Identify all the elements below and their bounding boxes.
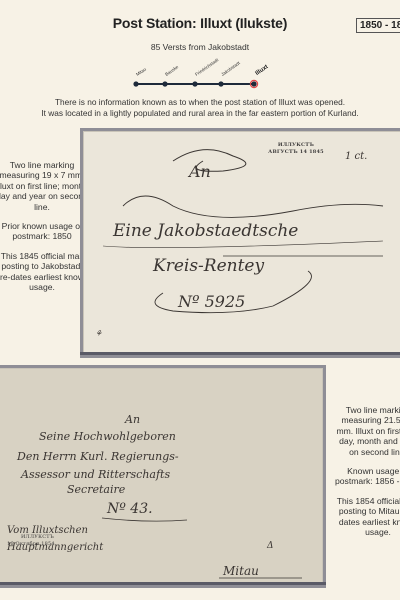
postmark-1854: ИЛЛУКСТЪ 16 Октября 1854 (7, 534, 77, 548)
handwriting-1854: An Seine Hochwohlgeboren Den Herrn Kurl.… (0, 368, 323, 585)
svg-text:Nº 5925: Nº 5925 (177, 292, 245, 311)
mount-edge (0, 582, 326, 585)
svg-text:Mitau: Mitau (222, 564, 259, 578)
note-paragraph: Two line marking measuring 19 x 7 mm. Il… (0, 160, 90, 212)
svg-text:Δ: Δ (266, 541, 274, 551)
svg-text:Nº 43.: Nº 43. (106, 501, 153, 517)
svg-text:An: An (124, 413, 140, 426)
svg-text:Kreis-Rentey: Kreis-Rentey (152, 256, 264, 276)
info-line: There is no information known as to when… (0, 97, 400, 108)
distance-subtitle: 85 Versts from Jakobstadt (0, 42, 400, 52)
station-dot (192, 81, 197, 86)
note-paragraph: Prior known usage of postmark: 1850 (0, 221, 90, 242)
note-paragraph: This 1854 official mail posting to Mitau… (334, 496, 400, 538)
svg-text:⚘: ⚘ (95, 329, 102, 338)
station-dot (218, 81, 223, 86)
svg-text:Secretaire: Secretaire (67, 483, 126, 496)
svg-text:Eine Jakobstaedtsche: Eine Jakobstaedtsche (112, 221, 298, 241)
date-range-badge: 1850 - 1859 (356, 18, 400, 33)
handwriting-1845: An Eine Jakobstaedtsche Kreis-Rentey Nº … (83, 131, 400, 355)
svg-text:An: An (187, 162, 211, 181)
info-line: It was located in a lightly populated an… (0, 108, 400, 119)
cover-1854: An Seine Hochwohlgeboren Den Herrn Kurl.… (0, 365, 326, 588)
station-dot (133, 81, 138, 86)
cover-1845: An Eine Jakobstaedtsche Kreis-Rentey Nº … (80, 128, 400, 358)
info-text: There is no information known as to when… (0, 97, 400, 119)
svg-text:Assessor und Ritterschafts: Assessor und Ritterschafts (20, 468, 170, 481)
note-paragraph: Two line marking measuring 21.5 x 8 mm. … (334, 405, 400, 457)
cover2-description: Two line marking measuring 21.5 x 8 mm. … (334, 405, 400, 546)
station-dot-illuxt (251, 81, 256, 86)
mount-edge (80, 352, 400, 355)
svg-text:Den Herrn Kurl. Regierungs-: Den Herrn Kurl. Regierungs- (16, 450, 179, 463)
svg-text:1 ct.: 1 ct. (345, 151, 367, 162)
route-diagram: Mitau Bauske Friedrichstadt Jakobstadt I… (130, 58, 280, 90)
postmark-1845: ИЛЛУКСТЪ АВГУСТЪ 14 1845 (261, 142, 331, 156)
note-paragraph: This 1845 official mail posting to Jakob… (0, 251, 90, 293)
cover1-description: Two line marking measuring 19 x 7 mm. Il… (0, 160, 90, 301)
station-dot (162, 81, 167, 86)
page-title: Post Station: Illuxt (Ilukste) (0, 15, 400, 31)
svg-text:Seine Hochwohlgeboren: Seine Hochwohlgeboren (39, 430, 176, 443)
note-paragraph: Known usage of postmark: 1856 - 1859 (334, 466, 400, 487)
